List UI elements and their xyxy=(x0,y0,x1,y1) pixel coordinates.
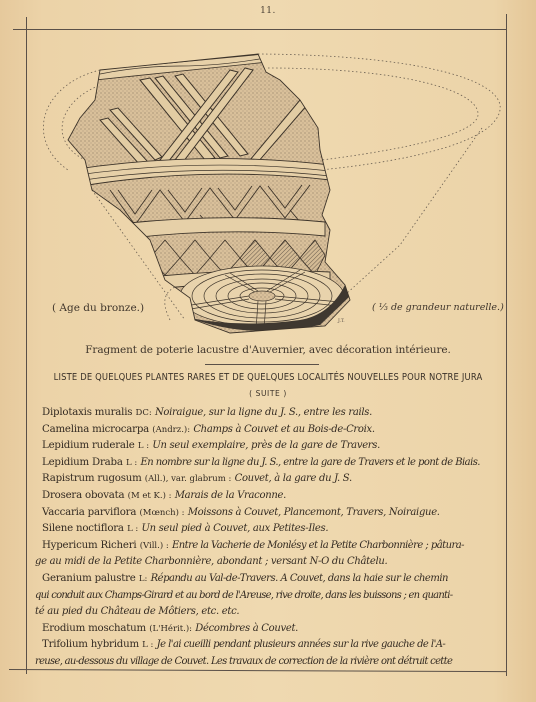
locality-text: Marais de la Vraconne. xyxy=(175,490,286,501)
species-name: Silene noctiflora xyxy=(42,523,124,534)
locality-text: ge au midi de la Petite Charbonnière, ab… xyxy=(35,556,387,567)
locality-text: té au pied du Château de Môtiers, etc. e… xyxy=(35,606,239,617)
locality-text: Couvet, à la gare du J. S. xyxy=(235,473,352,484)
locality-text: qui conduit aux Champs-Girard et au bord… xyxy=(35,590,452,601)
locality-text: Entre la Vacherie de Monlésy et la Petit… xyxy=(172,540,464,551)
plant-list: Diplotaxis muralis DC: Noiraigue, sur la… xyxy=(35,405,505,671)
species-author: L: xyxy=(139,574,148,584)
artist-signature: J.T. xyxy=(337,318,345,324)
list-entry-continuation: ge au midi de la Petite Charbonnière, ab… xyxy=(35,554,505,571)
locality-text: En nombre sur la ligne du J. S., entre l… xyxy=(140,457,479,468)
list-entry: Geranium palustre L: Répandu au Val-de-T… xyxy=(35,571,505,588)
species-name: Geranium palustre xyxy=(42,573,136,584)
list-entry: Camelina microcarpa (Andrz.): Champs à C… xyxy=(35,422,505,439)
species-name: Trifolium hybridum xyxy=(42,639,139,650)
list-entry: Hypericum Richeri (Vill.) : Entre la Vac… xyxy=(35,538,505,555)
species-author: L : xyxy=(138,441,149,451)
list-entry-continuation: reuse, au-dessous du village de Couvet. … xyxy=(35,654,505,671)
species-author: (L'Hérit.): xyxy=(149,624,192,634)
species-name: Camelina microcarpa xyxy=(42,424,149,435)
locality-text: Je l'ai cueilli pendant plusieurs années… xyxy=(157,639,446,650)
caption-divider xyxy=(205,364,319,365)
list-entry: Lepidium ruderale L : Un seul exemplaire… xyxy=(35,438,505,455)
species-author: (All.), var. glabrum : xyxy=(145,474,232,484)
species-name: Erodium moschatum xyxy=(42,623,146,634)
species-author: (M et K.) : xyxy=(128,491,172,501)
list-subtitle: ( SUITE ) xyxy=(0,389,536,398)
species-author: L : xyxy=(127,524,138,534)
locality-text: Moissons à Couvet, Plancemont, Travers, … xyxy=(188,507,440,518)
locality-text: Décombres à Couvet. xyxy=(195,623,298,634)
list-entry: Rapistrum rugosum (All.), var. glabrum :… xyxy=(35,471,505,488)
locality-text: Un seul exemplaire, près de la gare de T… xyxy=(152,440,380,451)
figure-caption: Fragment de poterie lacustre d'Auvernier… xyxy=(0,344,536,356)
species-name: Lepidium ruderale xyxy=(42,440,135,451)
list-title: LISTE DE QUELQUES PLANTES RARES ET DE QU… xyxy=(43,372,493,383)
figure-left-label: ( Age du bronze.) xyxy=(52,302,144,314)
locality-text: Noiraigue, sur la ligne du J. S., entre … xyxy=(155,407,372,418)
species-name: Hypericum Richeri xyxy=(42,540,136,551)
species-author: L : xyxy=(126,458,137,468)
list-entry: Drosera obovata (M et K.) : Marais de la… xyxy=(35,488,505,505)
species-name: Lepidium Draba xyxy=(42,457,123,468)
locality-text: reuse, au-dessous du village de Couvet. … xyxy=(35,656,452,667)
list-entry-continuation: té au pied du Château de Môtiers, etc. e… xyxy=(35,604,505,621)
species-name: Vaccaria parviflora xyxy=(42,507,136,518)
species-author: (Mœnch) : xyxy=(139,508,184,518)
figure-scale-label: ( ⅓ de grandeur naturelle.) xyxy=(372,302,504,313)
list-entry: Lepidium Draba L : En nombre sur la lign… xyxy=(35,455,505,472)
locality-text: Un seul pied à Couvet, aux Petites-Iles. xyxy=(142,523,329,534)
species-name: Diplotaxis muralis xyxy=(42,407,132,418)
list-entry-continuation: qui conduit aux Champs-Girard et au bord… xyxy=(35,588,505,605)
list-entry: Silene noctiflora L : Un seul pied à Cou… xyxy=(35,521,505,538)
species-name: Rapistrum rugosum xyxy=(42,473,142,484)
locality-text: Répandu au Val-de-Travers. A Couvet, dan… xyxy=(151,573,448,584)
species-name: Drosera obovata xyxy=(42,490,124,501)
pottery-illustration: J.T. xyxy=(0,0,536,340)
list-entry: Erodium moschatum (L'Hérit.): Décombres … xyxy=(35,621,505,638)
list-entry: Trifolium hybridum L : Je l'ai cueilli p… xyxy=(35,637,505,654)
species-author: DC: xyxy=(136,408,152,418)
species-author: (Andrz.): xyxy=(152,425,190,435)
list-entry: Diplotaxis muralis DC: Noiraigue, sur la… xyxy=(35,405,505,422)
species-author: (Vill.) : xyxy=(140,541,169,551)
species-author: L : xyxy=(142,640,153,650)
locality-text: Champs à Couvet et au Bois-de-Croix. xyxy=(193,424,374,435)
list-entry: Vaccaria parviflora (Mœnch) : Moissons à… xyxy=(35,505,505,522)
